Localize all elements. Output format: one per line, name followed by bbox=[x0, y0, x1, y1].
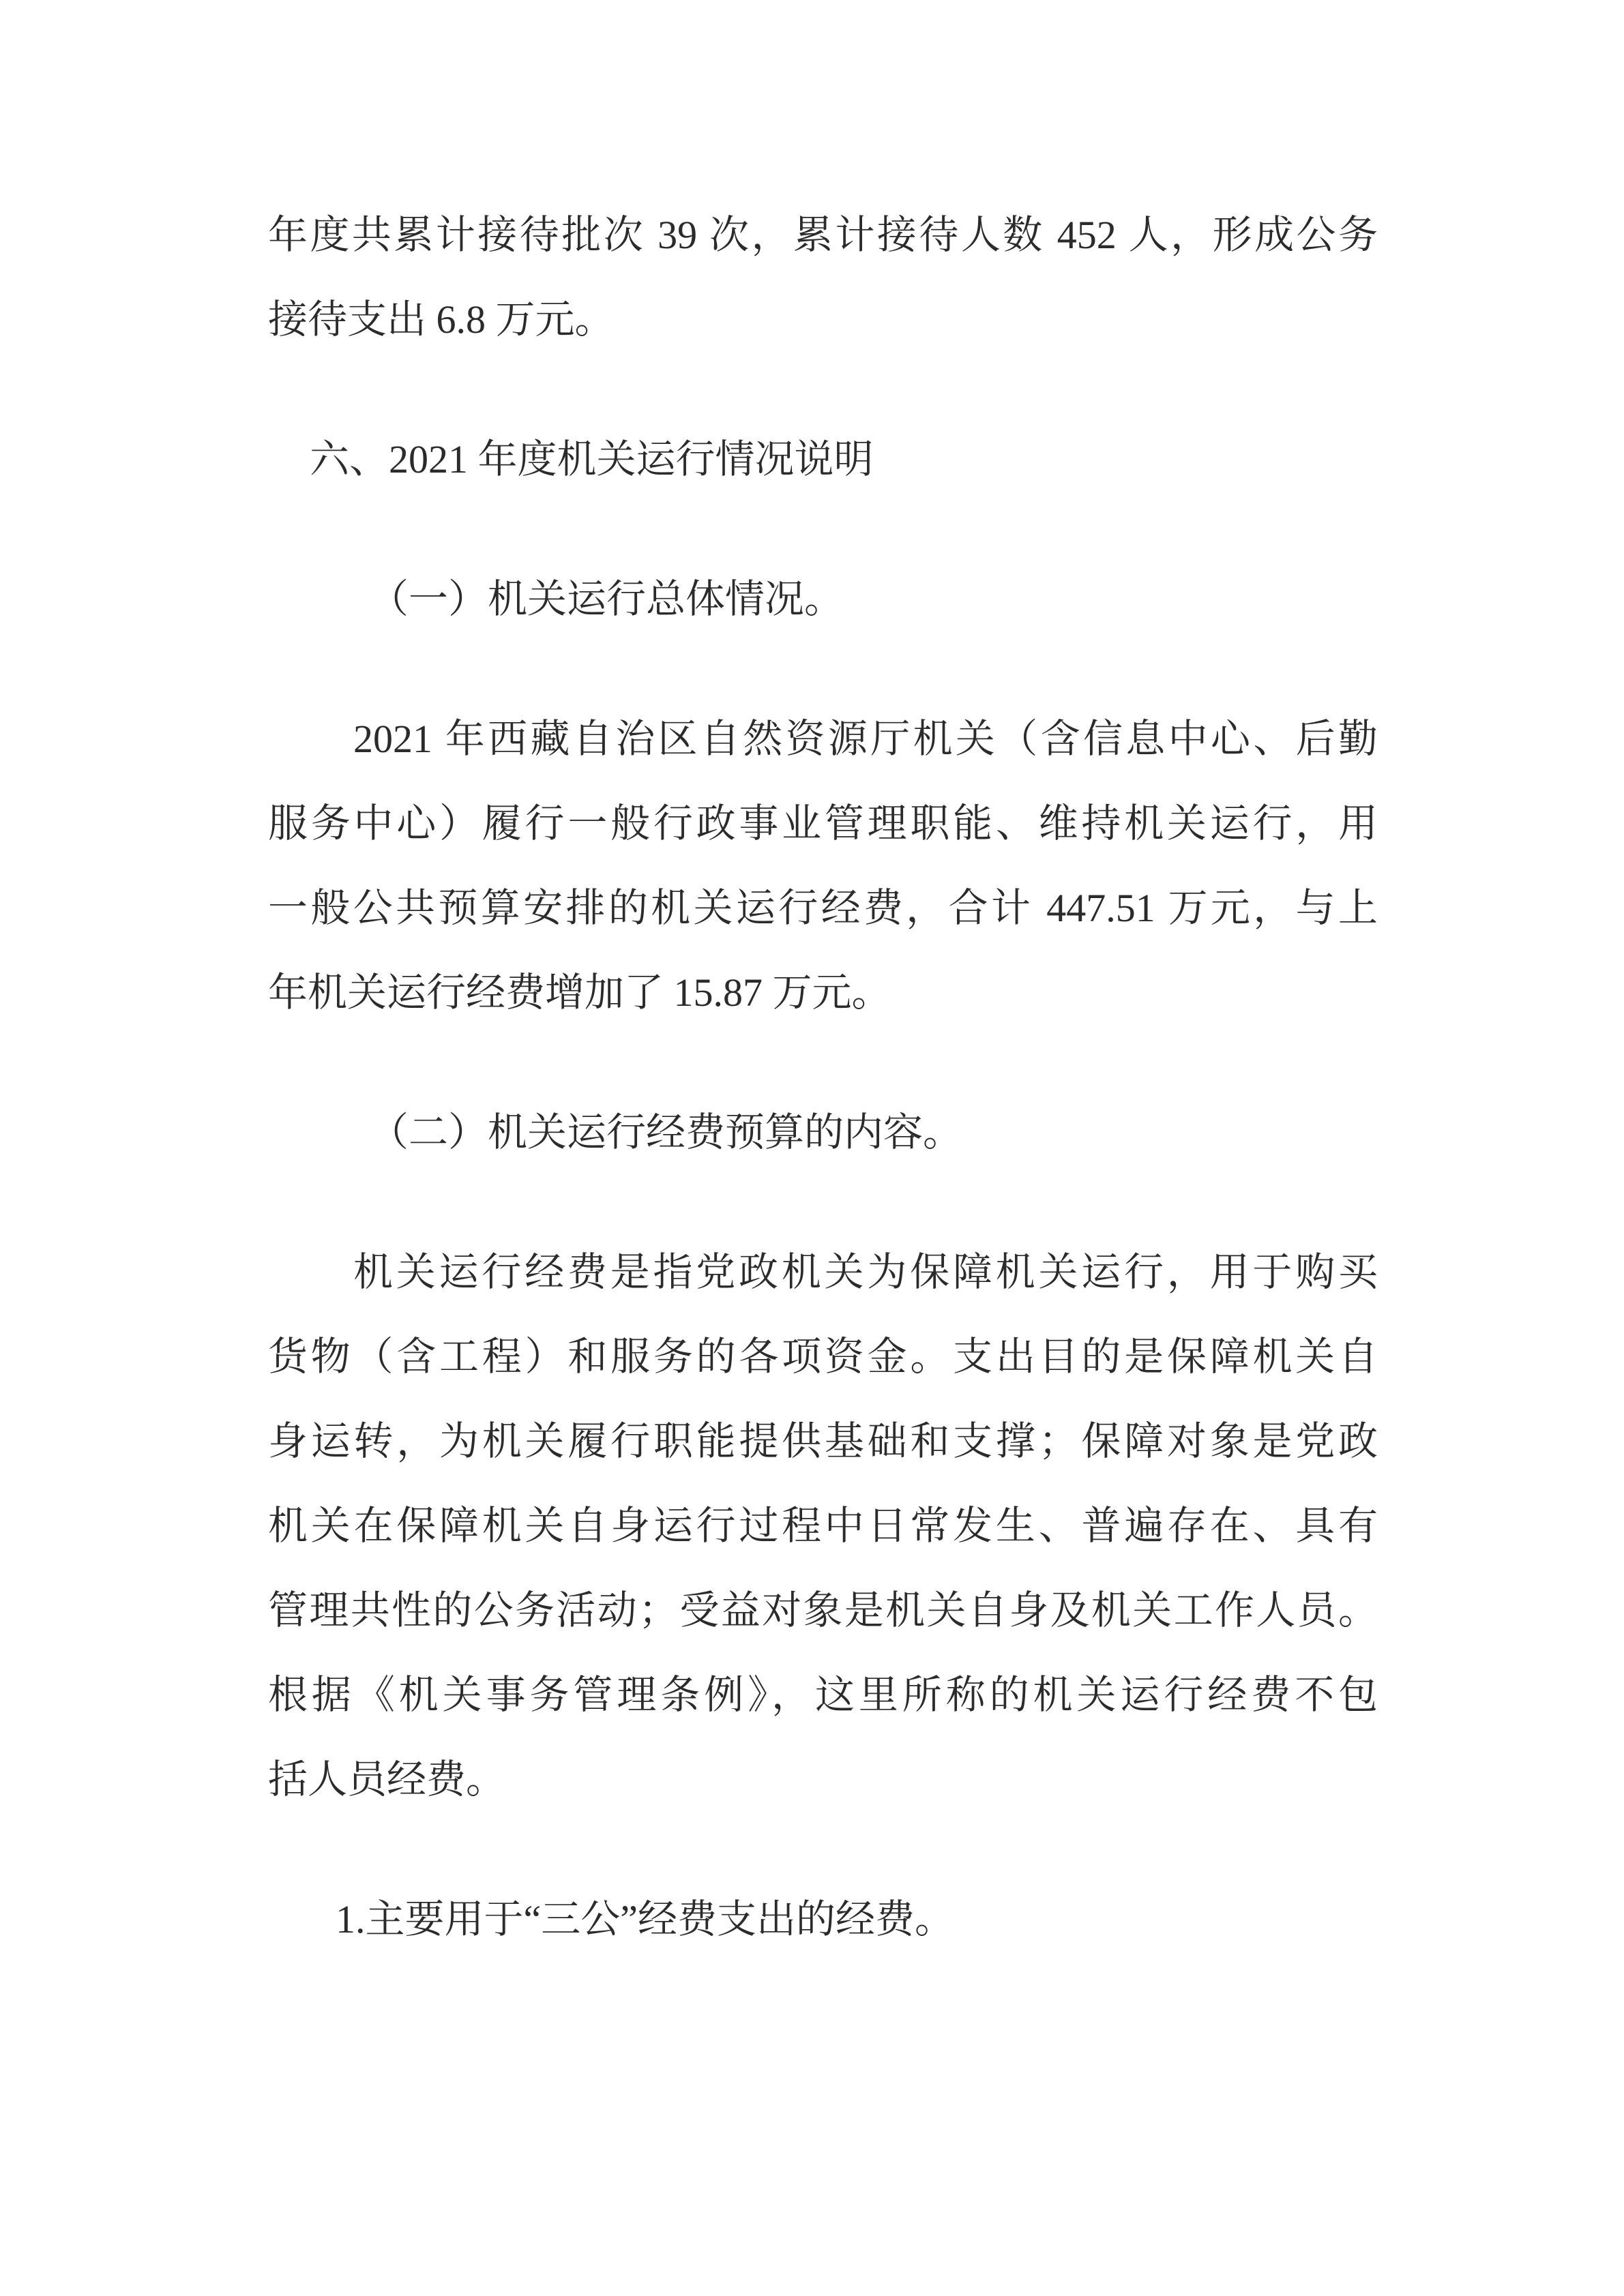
text-line: 年机关运行经费增加了 15.87 万元。 bbox=[268, 951, 1378, 1035]
sub-heading-text: （一）机关运行总体情况。 bbox=[268, 557, 1378, 642]
text-line: 年度共累计接待批次 39 次，累计接待人数 452 人，形成公务 bbox=[268, 193, 1378, 278]
paragraph-overall-situation: 2021 年西藏自治区自然资源厅机关（含信息中心、后勤 服务中心）履行一般行政事… bbox=[268, 697, 1378, 1035]
paragraph-operating-funds-definition: 机关运行经费是指党政机关为保障机关运行，用于购买 货物（含工程）和服务的各项资金… bbox=[268, 1230, 1378, 1822]
text-line: 根据《机关事务管理条例》，这里所称的机关运行经费不包 bbox=[268, 1653, 1378, 1738]
section-heading-text: 六、2021 年度机关运行情况说明 bbox=[268, 417, 1378, 502]
sub-heading-1: （一）机关运行总体情况。 bbox=[268, 557, 1378, 642]
text-line: 括人员经费。 bbox=[268, 1738, 1378, 1822]
document-page: 年度共累计接待批次 39 次，累计接待人数 452 人，形成公务 接待支出 6.… bbox=[0, 0, 1624, 2296]
section-heading-6: 六、2021 年度机关运行情况说明 bbox=[268, 417, 1378, 502]
sub-heading-text: （二）机关运行经费预算的内容。 bbox=[268, 1090, 1378, 1175]
text-line: 服务中心）履行一般行政事业管理职能、维持机关运行，用 bbox=[268, 781, 1378, 866]
numbered-item-text: 1.主要用于“三公”经费支出的经费。 bbox=[268, 1877, 1378, 1962]
text-line: 货物（含工程）和服务的各项资金。支出目的是保障机关自 bbox=[268, 1315, 1378, 1399]
text-line: 机关在保障机关自身运行过程中日常发生、普遍存在、具有 bbox=[268, 1484, 1378, 1568]
sub-heading-2: （二）机关运行经费预算的内容。 bbox=[268, 1090, 1378, 1175]
text-line: 机关运行经费是指党政机关为保障机关运行，用于购买 bbox=[268, 1230, 1378, 1315]
text-line: 2021 年西藏自治区自然资源厅机关（含信息中心、后勤 bbox=[268, 697, 1378, 781]
text-line: 接待支出 6.8 万元。 bbox=[268, 278, 1378, 362]
text-line: 身运转，为机关履行职能提供基础和支撑；保障对象是党政 bbox=[268, 1399, 1378, 1484]
numbered-item-1: 1.主要用于“三公”经费支出的经费。 bbox=[268, 1877, 1378, 1962]
paragraph-reception-costs: 年度共累计接待批次 39 次，累计接待人数 452 人，形成公务 接待支出 6.… bbox=[268, 193, 1378, 362]
text-line: 一般公共预算安排的机关运行经费，合计 447.51 万元，与上 bbox=[268, 866, 1378, 951]
text-line: 管理共性的公务活动；受益对象是机关自身及机关工作人员。 bbox=[268, 1568, 1378, 1653]
